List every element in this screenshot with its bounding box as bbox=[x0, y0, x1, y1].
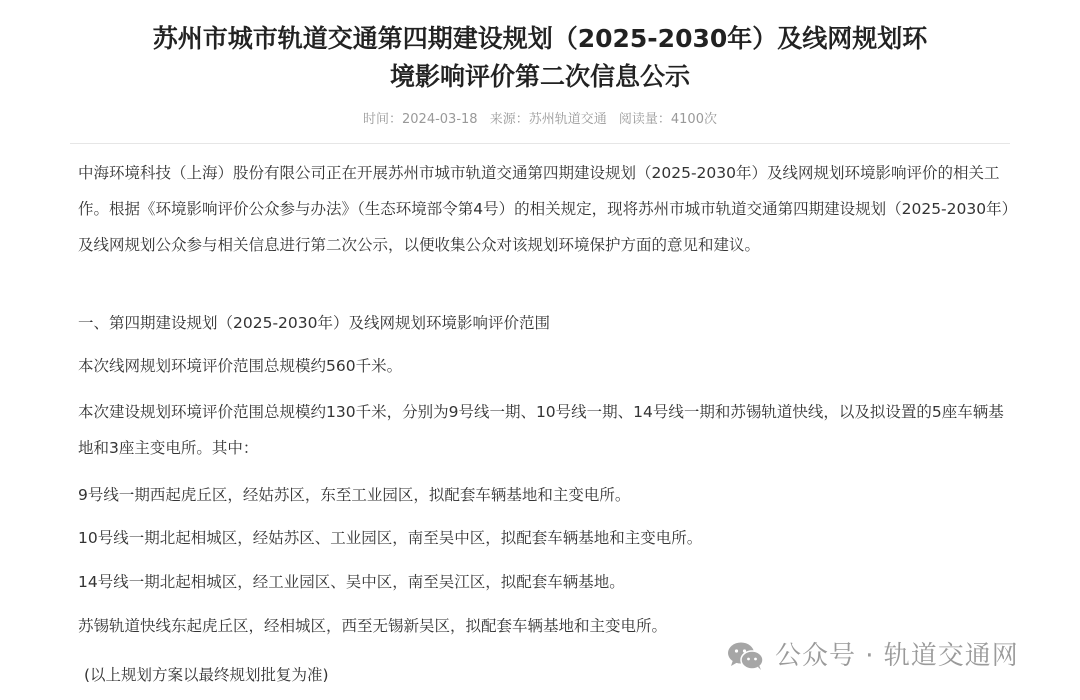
title-line-2: 境影响评价第二次信息公示 bbox=[390, 62, 690, 91]
wechat-icon bbox=[727, 641, 765, 671]
build-scope-paragraph: 本次建设规划环境评价范围总规模约130千米，分别为9号线一期、10号线一期、14… bbox=[78, 394, 1013, 466]
title-line-1: 苏州市城市轨道交通第四期建设规划（2025-2030年）及线网规划环 bbox=[153, 24, 928, 53]
section-heading: 一、第四期建设规划（2025-2030年）及线网规划环境影响评价范围 bbox=[78, 305, 1013, 341]
watermark: 公众号 · 轨道交通网 bbox=[727, 636, 1019, 676]
line-10-paragraph: 10号线一期北起相城区，经姑苏区、工业园区，南至吴中区，拟配套车辆基地和主变电所… bbox=[78, 520, 1013, 556]
divider bbox=[70, 143, 1010, 144]
network-scope-paragraph: 本次线网规划环境评价范围总规模约560千米。 bbox=[78, 348, 1013, 384]
read-count: 阅读量：4100次 bbox=[619, 112, 717, 127]
source: 来源：苏州轨道交通 bbox=[490, 112, 607, 127]
line-14-paragraph: 14号线一期北起相城区，经工业园区、吴中区，南至吴江区，拟配套车辆基地。 bbox=[78, 564, 1013, 600]
watermark-text: 公众号 · 轨道交通网 bbox=[775, 636, 1019, 676]
article-meta: 时间：2024-03-18 来源：苏州轨道交通 阅读量：4100次 bbox=[0, 110, 1080, 130]
publish-time: 时间：2024-03-18 bbox=[363, 112, 478, 127]
article-title: 苏州市城市轨道交通第四期建设规划（2025-2030年）及线网规划环 境影响评价… bbox=[100, 20, 980, 96]
line-9-paragraph: 9号线一期西起虎丘区，经姑苏区，东至工业园区，拟配套车辆基地和主变电所。 bbox=[78, 477, 1013, 513]
intro-paragraph: 中海环境科技（上海）股份有限公司正在开展苏州市城市轨道交通第四期建设规划（202… bbox=[78, 155, 1013, 263]
